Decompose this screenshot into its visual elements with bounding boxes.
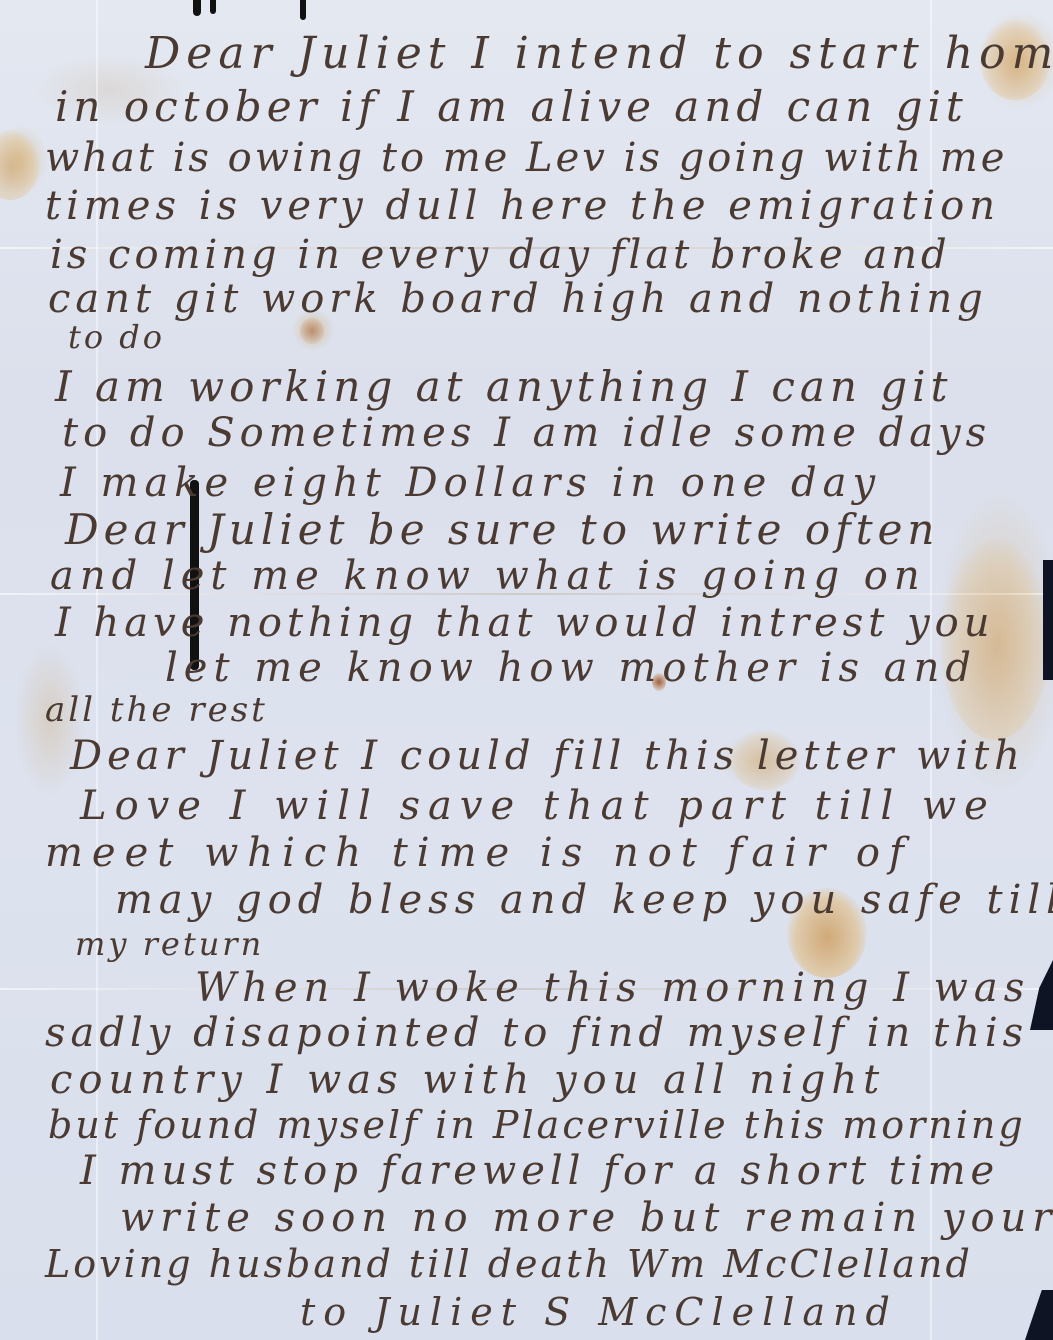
torn-edge bbox=[1025, 1290, 1053, 1340]
letter-line: let me know how mother is and bbox=[165, 645, 977, 691]
letter-line: country I was with you all night bbox=[50, 1057, 885, 1103]
letter-line: sadly disapointed to find myself in this bbox=[45, 1010, 1028, 1056]
letter-line: cant git work board high and nothing bbox=[48, 276, 988, 322]
letter-line: meet which time is not fair of bbox=[45, 830, 913, 876]
torn-edge bbox=[1043, 560, 1053, 680]
letter-line: Dear Juliet be sure to write often bbox=[65, 505, 939, 554]
letter-line: Dear Juliet I could fill this letter wit… bbox=[70, 733, 1025, 779]
letter-page: Dear Juliet I intend to start home in oc… bbox=[0, 0, 1053, 1340]
signature-line: Loving husband till death Wm McClelland bbox=[45, 1242, 973, 1286]
letter-line: but found myself in Placerville this mor… bbox=[48, 1103, 1026, 1147]
letter-line: times is very dull here the emigration bbox=[45, 183, 1000, 229]
letter-line: I have nothing that would intrest you bbox=[55, 600, 995, 646]
letter-line: write soon no more but remain your bbox=[120, 1195, 1053, 1241]
torn-edge bbox=[1030, 960, 1053, 1030]
letter-line: I make eight Dollars in one day bbox=[60, 460, 881, 506]
letter-line: When I woke this morning I was bbox=[195, 965, 1030, 1011]
letter-line: to do bbox=[68, 318, 165, 356]
letter-line: all the rest bbox=[45, 690, 268, 730]
letter-line: I must stop farewell for a short time bbox=[80, 1148, 999, 1194]
letter-line: I am working at anything I can git bbox=[55, 362, 952, 411]
letter-line: and let me know what is going on bbox=[50, 553, 926, 599]
letter-line: may god bless and keep you safe till bbox=[115, 877, 1053, 923]
letter-line: what is owing to me Lev is going with me bbox=[45, 135, 1007, 181]
letter-line: is coming in every day flat broke and bbox=[50, 232, 951, 278]
recipient-line: to Juliet S McClelland bbox=[300, 1290, 898, 1334]
water-stain bbox=[0, 130, 40, 200]
letter-line: Love I will save that part till we bbox=[80, 783, 996, 829]
letter-line: to do Sometimes I am idle some days bbox=[62, 410, 991, 456]
letter-line: Dear Juliet I intend to start home bbox=[145, 28, 1053, 79]
letter-line: my return bbox=[75, 925, 264, 963]
ink-stroke-mark bbox=[193, 0, 201, 16]
letter-line: in october if I am alive and can git bbox=[55, 82, 968, 131]
ink-stroke-mark bbox=[210, 0, 216, 14]
ink-stroke-mark bbox=[300, 0, 306, 20]
